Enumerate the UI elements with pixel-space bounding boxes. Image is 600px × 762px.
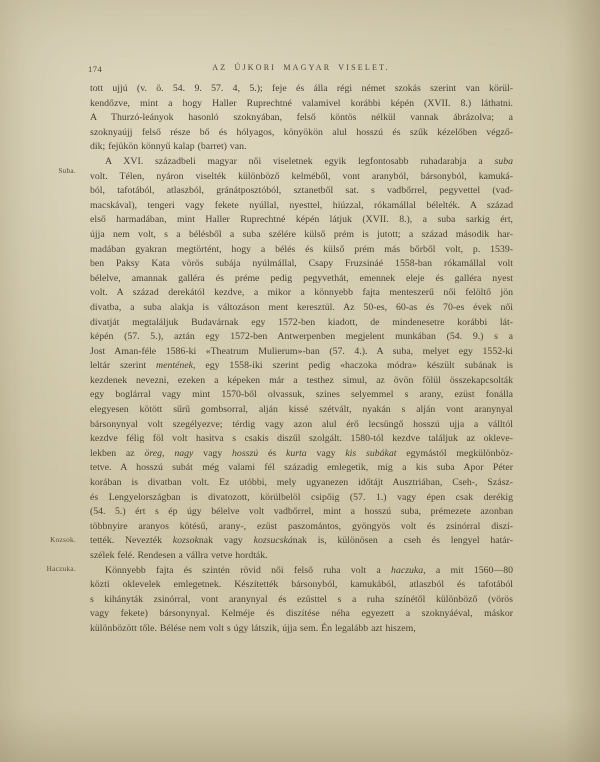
running-title: AZ ÚJKORI MAGYAR VISELET. <box>90 63 512 72</box>
text-body: tott ujjú (v. ö. 54. 9. 57. 4, 5.); feje… <box>90 82 513 637</box>
text-line: divatba, a suba alakja is változáson men… <box>90 301 513 316</box>
text-line: közti oklevelek emlegetnek. Készítették … <box>90 578 513 593</box>
text-line: kezdve félig föl volt hasitva s csakis d… <box>90 432 513 447</box>
text-line: lekben az öreg, nagy vagy hosszú és kurt… <box>90 447 513 462</box>
text-line: bélelve, amannak galléra és préme pedig … <box>90 272 513 287</box>
text-line: kezdenek nevezni, ezeken a képeken már a… <box>90 374 513 389</box>
text-line: egy boglárral vagy mint 1570-ből olvassu… <box>90 388 513 403</box>
text-line: volt. A század derekától kezdve, a mikor… <box>90 286 513 301</box>
text-line: szélek felé. Rendesen a vállra vetve hor… <box>90 549 513 564</box>
text-line: szoknyaújj felső része bő és hólyagos, k… <box>90 126 513 141</box>
text-line: volt. Télen, nyáron viselték különböző k… <box>90 170 513 185</box>
book-page: 174 AZ ÚJKORI MAGYAR VISELET. Suba.Kozso… <box>0 0 600 762</box>
text-line: tott ujjú (v. ö. 54. 9. 57. 4, 5.); feje… <box>90 82 513 97</box>
text-line: divatját megtaláljuk Budavárnak egy 1572… <box>90 316 513 331</box>
text-line: korában is divatban volt. Ez utóbbi, mel… <box>90 476 513 491</box>
margin-note: Haczuka. <box>0 565 76 573</box>
margin-note: Kozsok. <box>0 536 76 544</box>
text-line: elegyesen kötött sűrű gombsorral, alján … <box>90 403 513 418</box>
text-line: első harmadában, mint Haller Ruprechtné … <box>90 213 513 228</box>
text-line: tetve. A hosszú subát még valami fél szá… <box>90 461 513 476</box>
text-line: macskával), tengeri vagy fekete nyúllal,… <box>90 199 513 214</box>
text-line: kendőzve, mint a hogy Haller Ruprechtné … <box>90 97 513 112</box>
text-line: s kihányták zsinórral, vont aranynyal és… <box>90 593 513 608</box>
text-line: bársonynyal volt szegélyezve; térdig vag… <box>90 418 513 433</box>
page-header: 174 AZ ÚJKORI MAGYAR VISELET. <box>90 63 512 76</box>
margin-note: Suba. <box>0 167 76 175</box>
text-line: ból, tafotából, atlaszból, gránátposztób… <box>90 184 513 199</box>
text-line: leltár szerint mentének, egy 1558-iki sz… <box>90 359 513 374</box>
text-line: képén (57. 5.), aztán egy 1572-ben Antwe… <box>90 330 513 345</box>
text-line: vagy fekete) bársonynyal. Kelméje és dis… <box>90 607 513 622</box>
text-line: újja nem volt, s a bélésből a suba szélé… <box>90 228 513 243</box>
text-line: tették. Nevezték kozsoknak vagy kozsucsk… <box>90 534 513 549</box>
text-line: ben Paksy Kata vörös subája nyúlmállal, … <box>90 257 513 272</box>
text-line: dik; fejükön könnyű kalap (barret) van. <box>90 140 513 155</box>
page-number: 174 <box>88 64 102 74</box>
text-line: A Thurzó-leányok hasonló szoknyában, fel… <box>90 111 513 126</box>
text-line: Jost Aman-féle 1586-ki «Theatrum Mulieru… <box>90 345 513 360</box>
text-line: (54. 5.) ért s ép úgy bélelve volt vadbő… <box>90 505 513 520</box>
text-line: különbözött tőle. Bélése nem volt s úgy … <box>90 622 513 637</box>
text-line: és Lengyelországban is divatozott, körül… <box>90 491 513 506</box>
text-line: többnyire aranyos kötésű, arany-, ezüst … <box>90 520 513 535</box>
text-line: A XVI. századbeli magyar női viseletnek … <box>90 155 513 170</box>
text-line: Könnyebb fajta és szintén rövid női fels… <box>90 564 513 579</box>
text-line: madában gyakran megtörtént, hogy a bélés… <box>90 243 513 258</box>
